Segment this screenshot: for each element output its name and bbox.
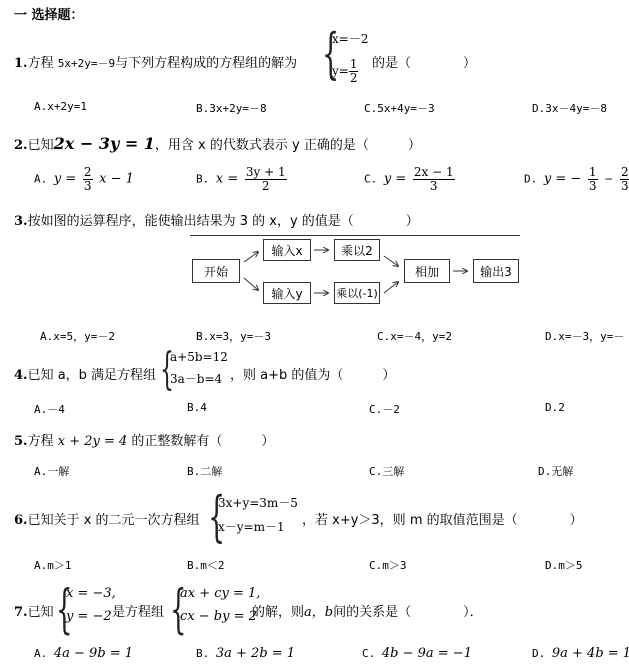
option-value: 无解	[551, 465, 573, 478]
question-text: 间的关系是（ ）．	[333, 605, 483, 620]
option-b[interactable]: B.二解	[187, 463, 222, 479]
system-line-1: x = −3,	[66, 586, 116, 601]
option-value: x=－4，y=2	[390, 330, 452, 343]
option-label: A.	[34, 647, 47, 660]
question-text: 已知	[28, 605, 54, 620]
option-value: m＜2	[200, 559, 224, 572]
option-label: A.	[34, 465, 47, 478]
question-text: 的正整数解有（ ）	[131, 434, 274, 449]
option-value: x=5，y=－2	[53, 330, 115, 343]
option-value: m＞3	[382, 559, 406, 572]
option-value: 9a + 4b = 1	[552, 646, 629, 661]
question-number: 6.	[14, 513, 28, 528]
question-7-stem: 7.已知	[14, 601, 54, 620]
option-label: D.	[545, 330, 558, 343]
option-label: B.	[196, 647, 209, 660]
question-text: ，则 a+b 的值为（ ）	[230, 364, 395, 383]
option-a[interactable]: A.m＞1	[34, 557, 72, 573]
question-number: 7.	[14, 605, 28, 620]
system-line-2: cx − by = 2	[180, 609, 257, 624]
option-c[interactable]: C.三解	[369, 463, 404, 479]
system-line-2: x－y=m－1	[218, 518, 285, 535]
option-value: 4b − 9a = −1	[382, 646, 472, 661]
option-label: A.	[34, 559, 47, 572]
question-text: 的解，则	[252, 605, 304, 620]
question-number: 4.	[14, 368, 28, 383]
option-value: m＞1	[47, 559, 71, 572]
system-line-2: y = −2	[66, 609, 112, 624]
question-text-tail: 的解，则a，b间的关系是（ ）．	[252, 601, 483, 620]
system-line-1: 3x+y=3m－5	[218, 494, 298, 511]
option-b[interactable]: B.4	[187, 401, 207, 414]
option-d[interactable]: D.2	[545, 401, 565, 414]
option-value: 2	[558, 401, 565, 414]
question-number: 5.	[14, 434, 28, 449]
option-a[interactable]: A.一解	[34, 463, 69, 479]
option-value: m＞5	[558, 559, 582, 572]
option-b[interactable]: B. 3a + 2b = 1	[196, 646, 295, 661]
option-a[interactable]: A.x=5，y=－2	[40, 328, 115, 344]
option-label: A.	[34, 403, 47, 416]
option-c[interactable]: C.x=－4，y=2	[377, 328, 452, 344]
option-c[interactable]: C.－2	[369, 401, 400, 417]
option-d[interactable]: D. 9a + 4b = 1	[532, 646, 629, 661]
option-label: B.	[187, 559, 200, 572]
option-c[interactable]: C. 4b − 9a = −1	[362, 646, 472, 661]
option-value: 二解	[200, 465, 222, 478]
option-label: C.	[369, 465, 382, 478]
option-value: x=－3，y=－	[558, 330, 624, 343]
option-value: 4	[200, 401, 207, 414]
option-label: A.	[40, 330, 53, 343]
option-d[interactable]: D.无解	[538, 463, 573, 479]
question-6-stem: 6.已知关于 x 的二元一次方程组	[14, 509, 200, 528]
question-4-stem: 4.已知 a，b 满足方程组	[14, 364, 156, 383]
system-line-1: a+5b=12	[170, 350, 228, 364]
option-value: 3a + 2b = 1	[216, 646, 295, 661]
option-d[interactable]: D.m＞5	[545, 557, 583, 573]
option-label: C.	[369, 403, 382, 416]
option-b[interactable]: B.m＜2	[187, 557, 225, 573]
option-label: C.	[377, 330, 390, 343]
option-label: C.	[362, 647, 375, 660]
option-value: x=3，y=－3	[209, 330, 271, 343]
option-label: B.	[187, 401, 200, 414]
variables: a，b	[304, 605, 333, 620]
option-c[interactable]: C.m＞3	[369, 557, 407, 573]
option-label: C.	[369, 559, 382, 572]
question-text: 已知关于 x 的二元一次方程组	[28, 513, 200, 528]
option-label: B.	[187, 465, 200, 478]
system-line-2: 3a－b=4	[170, 370, 222, 387]
option-b[interactable]: B.x=3，y=－3	[196, 328, 271, 344]
option-label: D.	[532, 647, 545, 660]
option-label: D.	[545, 559, 558, 572]
option-d[interactable]: D.x=－3，y=－	[545, 328, 624, 344]
question-text: ，若 x+y＞3，则 m 的取值范围是（ ）	[302, 509, 583, 528]
option-label: D.	[545, 401, 558, 414]
option-label: D.	[538, 465, 551, 478]
option-value: 三解	[382, 465, 404, 478]
option-value: －2	[382, 403, 400, 416]
question-text: 已知 a，b 满足方程组	[28, 368, 156, 383]
question-text: 是方程组	[112, 601, 164, 620]
option-a[interactable]: A.－4	[34, 401, 65, 417]
system-line-1: ax + cy = 1,	[180, 586, 260, 601]
option-a[interactable]: A. 4a − 9b = 1	[34, 646, 133, 661]
option-value: 一解	[47, 465, 69, 478]
question-5-stem: 5.方程 x + 2y = 4 的正整数解有（ ）	[14, 430, 274, 449]
option-value: －4	[47, 403, 65, 416]
question-text: 方程	[28, 434, 54, 449]
equation: x + 2y = 4	[58, 434, 128, 449]
option-value: 4a − 9b = 1	[54, 646, 133, 661]
option-label: B.	[196, 330, 209, 343]
